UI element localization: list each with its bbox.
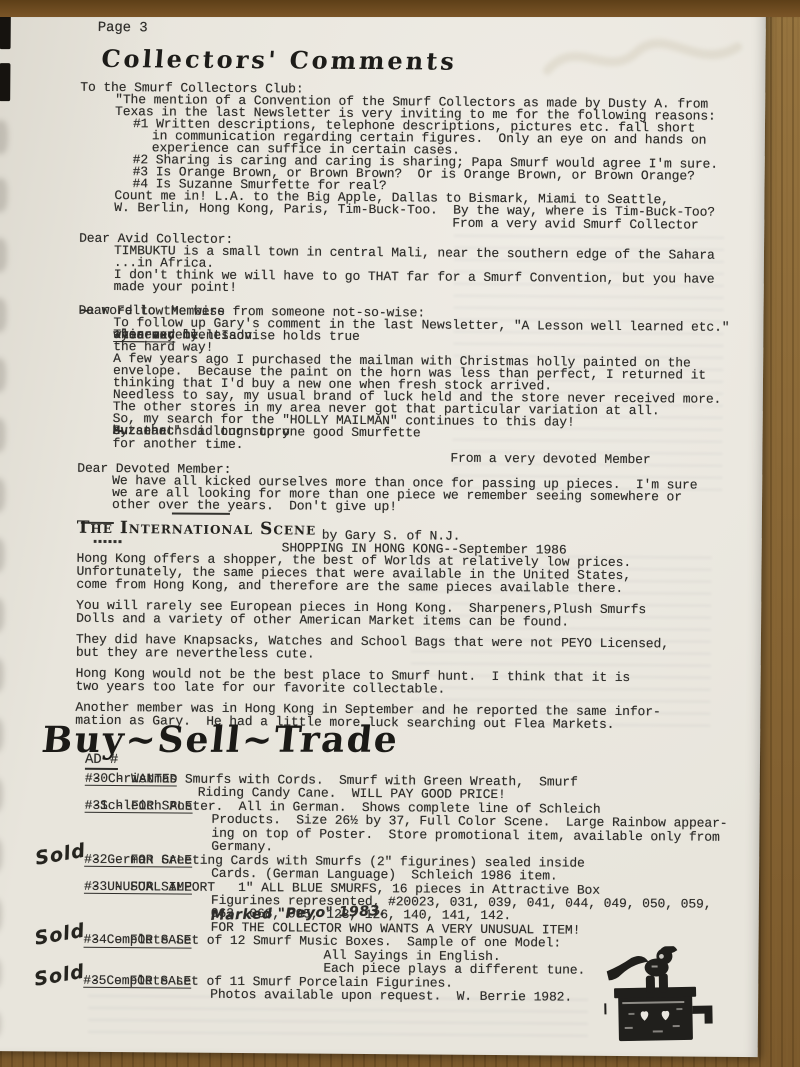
sold-annotation: Sold xyxy=(34,965,86,987)
binding-shadow xyxy=(0,238,7,272)
sold-annotation: Sold xyxy=(34,844,86,866)
binding-shadow xyxy=(0,778,3,812)
binding-shadow xyxy=(0,958,1,988)
smurf-music-box-illustration xyxy=(601,945,725,1047)
newsletter-page: Page 3 Collectors' Comments To the Smurf… xyxy=(0,0,766,1057)
binding-shadow xyxy=(0,478,5,512)
text-segment: for another time. xyxy=(112,438,243,451)
binding-shadow xyxy=(0,418,6,452)
scanned-newsletter-photo: Page 3 Collectors' Comments To the Smurf… xyxy=(0,0,800,1067)
text-segment: but they are nevertheless cute. xyxy=(76,646,315,661)
text-segment: Germany. xyxy=(211,840,273,854)
binding-shadow xyxy=(0,178,8,212)
binding-shadow xyxy=(0,358,6,392)
bleedthrough-handwriting-mark xyxy=(537,25,748,97)
binding-shadow xyxy=(0,298,7,332)
binding-shadow xyxy=(0,120,8,154)
international-scene-heading: The International Scene xyxy=(77,518,317,540)
text-segment: two years too late for our favorite coll… xyxy=(76,680,446,696)
binding-shadow xyxy=(0,898,2,932)
divider-rule xyxy=(172,512,230,514)
binding-shadow xyxy=(0,838,2,872)
text-segment: made your point! xyxy=(114,281,237,294)
binding-shadow xyxy=(0,63,10,101)
binding-shadow xyxy=(0,598,4,632)
binding-shadow xyxy=(0,1011,1,1037)
binding-shadow xyxy=(0,538,5,572)
sold-annotation: Sold xyxy=(34,925,86,947)
heading-underline-squiggle xyxy=(94,540,122,543)
bleedthrough-text-shadow xyxy=(88,991,588,1037)
text-segment: other over the years. Don't give up! xyxy=(112,499,397,513)
binding-shadow xyxy=(0,658,4,692)
letter-block: To the Smurf Collectors Club:"The mentio… xyxy=(79,82,760,232)
page-number: Page 3 xyxy=(98,20,148,36)
collectors-comments-heading: Collectors' Comments xyxy=(100,44,458,76)
ad-number-column-label: AD # xyxy=(85,752,118,770)
bleedthrough-text-shadow xyxy=(452,229,724,491)
bleedthrough-text-shadow xyxy=(410,554,711,726)
binding-shadow xyxy=(0,718,3,752)
table-edge-strip xyxy=(0,0,800,17)
